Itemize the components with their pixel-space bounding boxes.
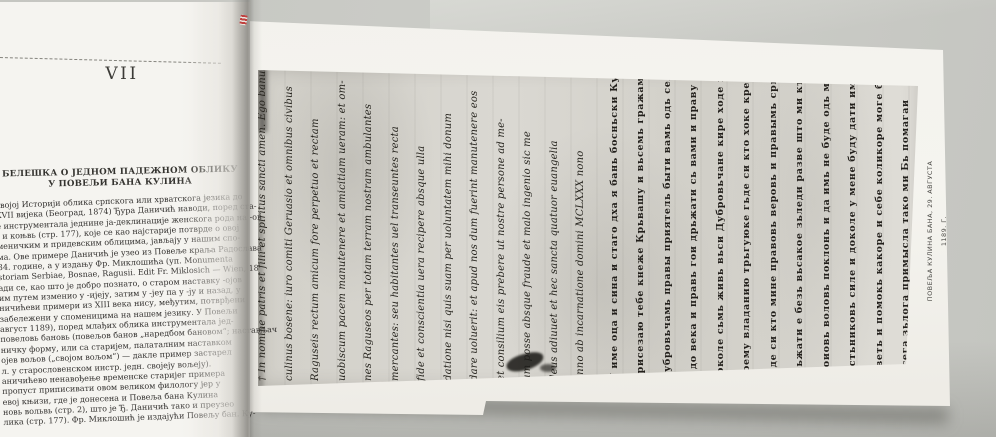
manuscript-line: † In nomine patris et filii et spiritus … (257, 69, 284, 387)
manuscript-line: dare uoluerit: et apud nos dum fuerint m… (469, 69, 496, 387)
manuscript-line: своиовь воловь поклонь и да имь не буде … (814, 69, 841, 387)
manuscript-line: чьстьниковь силе и доколе у мене буду да… (840, 69, 867, 387)
manuscript-facsimile: † In nomine patris et filii et spiritus … (258, 68, 920, 388)
facsimile-caption: ПОВЕЉА КУЛИНА БАНА, 29. АВГУСТА 1189. Г. (923, 155, 937, 307)
manuscript-line: deus adiuuet et hec sancta quatuor euang… (549, 69, 576, 387)
manuscript-line: culinus bosene: iuro comiti Geruasio et … (284, 69, 311, 387)
manuscript-line: uobiscum pacem manutenere et amicitiam u… (337, 69, 364, 387)
book-photo: † In nomine patris et filii et spiritus … (0, 0, 996, 437)
manuscript-line: дрьжати е безь вьсакое зьледи разве што … (787, 69, 814, 387)
manuscript-line: anno ab incarnatione domini MCLXXX nono (575, 69, 602, 387)
manuscript-line: Дубровьчамь правы приятель быти вамь одь… (655, 69, 682, 387)
manuscript-line: вьсега зьлога примысла тако ми Бь помага… (893, 69, 920, 387)
manuscript-line: сьветь и помокь какоре и себе коликоре м… (867, 69, 894, 387)
manuscript-line: доколе сьмь живь вьси Дубровьчане кире х… (708, 69, 735, 387)
manuscript-line: моему владанию трьгуюке гьде си кто хоке… (734, 69, 761, 387)
manuscript-line: et consilium eis prebere ut nostre perso… (496, 69, 523, 387)
left-page: VII БЕЛЕШКА О ЈЕДНОМ ПАДЕЖНОМ ОБЛИКУ У П… (0, 2, 250, 437)
ink-blot-small (540, 364, 556, 372)
right-foldout-page: † In nomine patris et filii et spiritus … (246, 0, 958, 437)
gutter-fade (178, 2, 250, 437)
headband-thread (239, 15, 247, 26)
manuscript-line: mercantes: seu habitantes uel transeunte… (390, 69, 417, 387)
manuscript-rotated-text: † In nomine patris et filii et spiritus … (257, 69, 921, 387)
manuscript-line: datione nisi quis suam per uoluntatem mi… (443, 69, 470, 387)
manuscript-line: nes Raguseos per totam terram nostram am… (363, 69, 390, 387)
manuscript-line: У име оца и сина и стаго дха я бань босн… (602, 69, 629, 387)
manuscript-line: присезаю тебе кнеже Крьвашу и вьсемь гра… (628, 69, 655, 387)
manuscript-line: годе си кто мине правовь веровь и правым… (761, 69, 788, 387)
manuscript-line: и до века и правь гои дрьжати сь вами и … (681, 69, 708, 387)
manuscript-line: um posse absque fraude et malo ingenio s… (522, 69, 549, 387)
manuscript-line: fide et conscientia uera recipere absque… (416, 69, 443, 387)
manuscript-line: Raguseis rectum amicum fore perpetuo et … (310, 69, 337, 387)
